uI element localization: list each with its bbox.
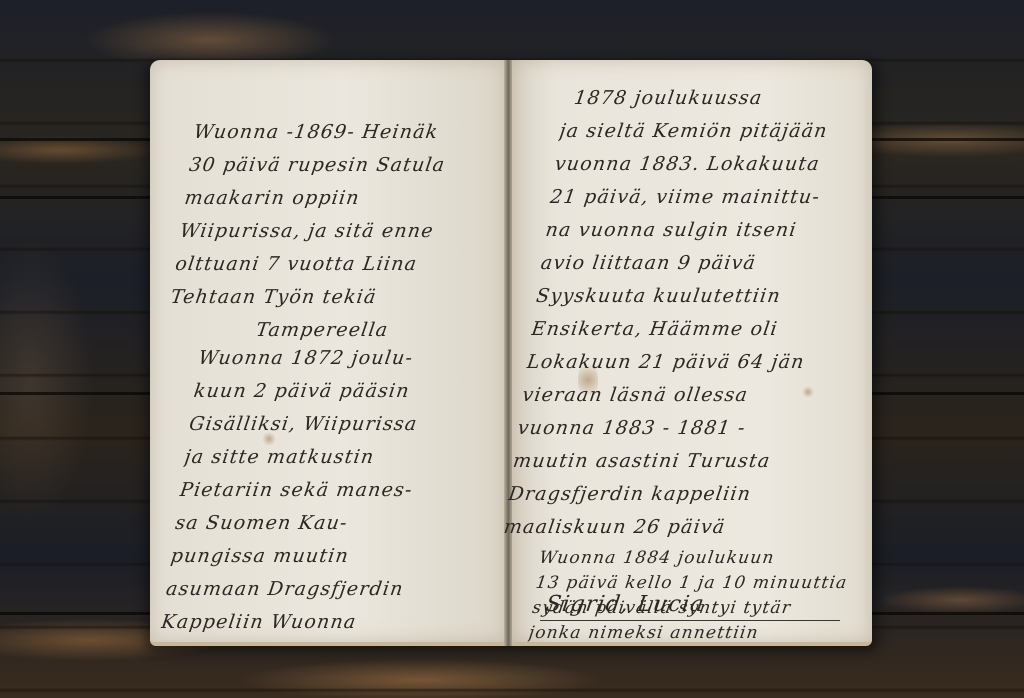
handwritten-line: olttuani 7 vuotta Liina xyxy=(173,248,492,281)
handwritten-line: ja sieltä Kemiön pitäjään xyxy=(557,115,888,148)
left-entry-1869: Wuonna -1869- Heinäk 30 päivä rupesin Sa… xyxy=(164,116,510,347)
handwritten-line: 1878 joulukuussa xyxy=(562,82,893,115)
handwritten-line: pungissa muutin xyxy=(168,540,487,573)
handwritten-line: Dragsfjerdin kappeliin xyxy=(506,478,837,511)
handwritten-line: Wuonna 1884 joulukuun xyxy=(538,546,868,571)
signature-name: Sigrid, Lucia xyxy=(532,588,863,621)
right-page: 1878 joulukuussa ja sieltä Kemiön pitäjä… xyxy=(512,60,872,646)
handwritten-line: sa Suomen Kau- xyxy=(173,507,492,540)
open-notebook: Wuonna -1869- Heinäk 30 päivä rupesin Sa… xyxy=(150,60,872,646)
handwritten-line: vuonna 1883 - 1881 - xyxy=(515,412,846,445)
handwritten-line: Ensikerta, Häämme oli xyxy=(529,313,860,346)
left-entry-1872: Wuonna 1872 joulu- kuun 2 päivä pääsin G… xyxy=(159,342,515,639)
handwritten-line: Lokakuun 21 päivä 64 jän xyxy=(525,346,856,379)
handwritten-line: Pietariin sekä manes- xyxy=(178,474,497,507)
signature-block: Sigrid, Lucia xyxy=(532,588,863,621)
handwritten-line: ja sitte matkustin xyxy=(182,441,501,474)
handwritten-line: Tehtaan Työn tekiä xyxy=(168,281,487,314)
handwritten-line: vieraan läsnä ollessa xyxy=(520,379,851,412)
handwritten-line: 21 päivä, viime mainittu- xyxy=(548,181,879,214)
handwritten-line: Wuonna 1872 joulu- xyxy=(196,342,515,375)
right-entry-1878-1883: 1878 joulukuussa ja sieltä Kemiön pitäjä… xyxy=(502,82,893,544)
handwritten-line: kuun 2 päivä pääsin xyxy=(192,375,511,408)
handwritten-line: maakarin oppiin xyxy=(182,182,501,215)
handwritten-line: Syyskuuta kuulutettiin xyxy=(534,280,865,313)
handwritten-line: Wiipurissa, ja sitä enne xyxy=(178,215,497,248)
left-page: Wuonna -1869- Heinäk 30 päivä rupesin Sa… xyxy=(150,60,506,646)
handwritten-line: Gisälliksi, Wiipurissa xyxy=(187,408,506,441)
handwritten-line: muutin asastini Turusta xyxy=(511,445,842,478)
signature-underline xyxy=(540,620,840,621)
handwritten-line: Kappeliin Wuonna xyxy=(159,606,478,639)
handwritten-line: maaliskuun 26 päivä xyxy=(502,511,833,544)
handwritten-line: Wuonna -1869- Heinäk xyxy=(192,116,511,149)
handwritten-line: na vuonna sulgin itseni xyxy=(543,214,874,247)
handwritten-line: 30 päivä rupesin Satula xyxy=(187,149,506,182)
handwritten-line: jonka nimeksi annettiin xyxy=(527,621,857,646)
handwritten-line: avio liittaan 9 päivä xyxy=(539,247,870,280)
handwritten-line: vuonna 1883. Lokakuuta xyxy=(553,148,884,181)
handwritten-line: asumaan Dragsfjerdin xyxy=(164,573,483,606)
